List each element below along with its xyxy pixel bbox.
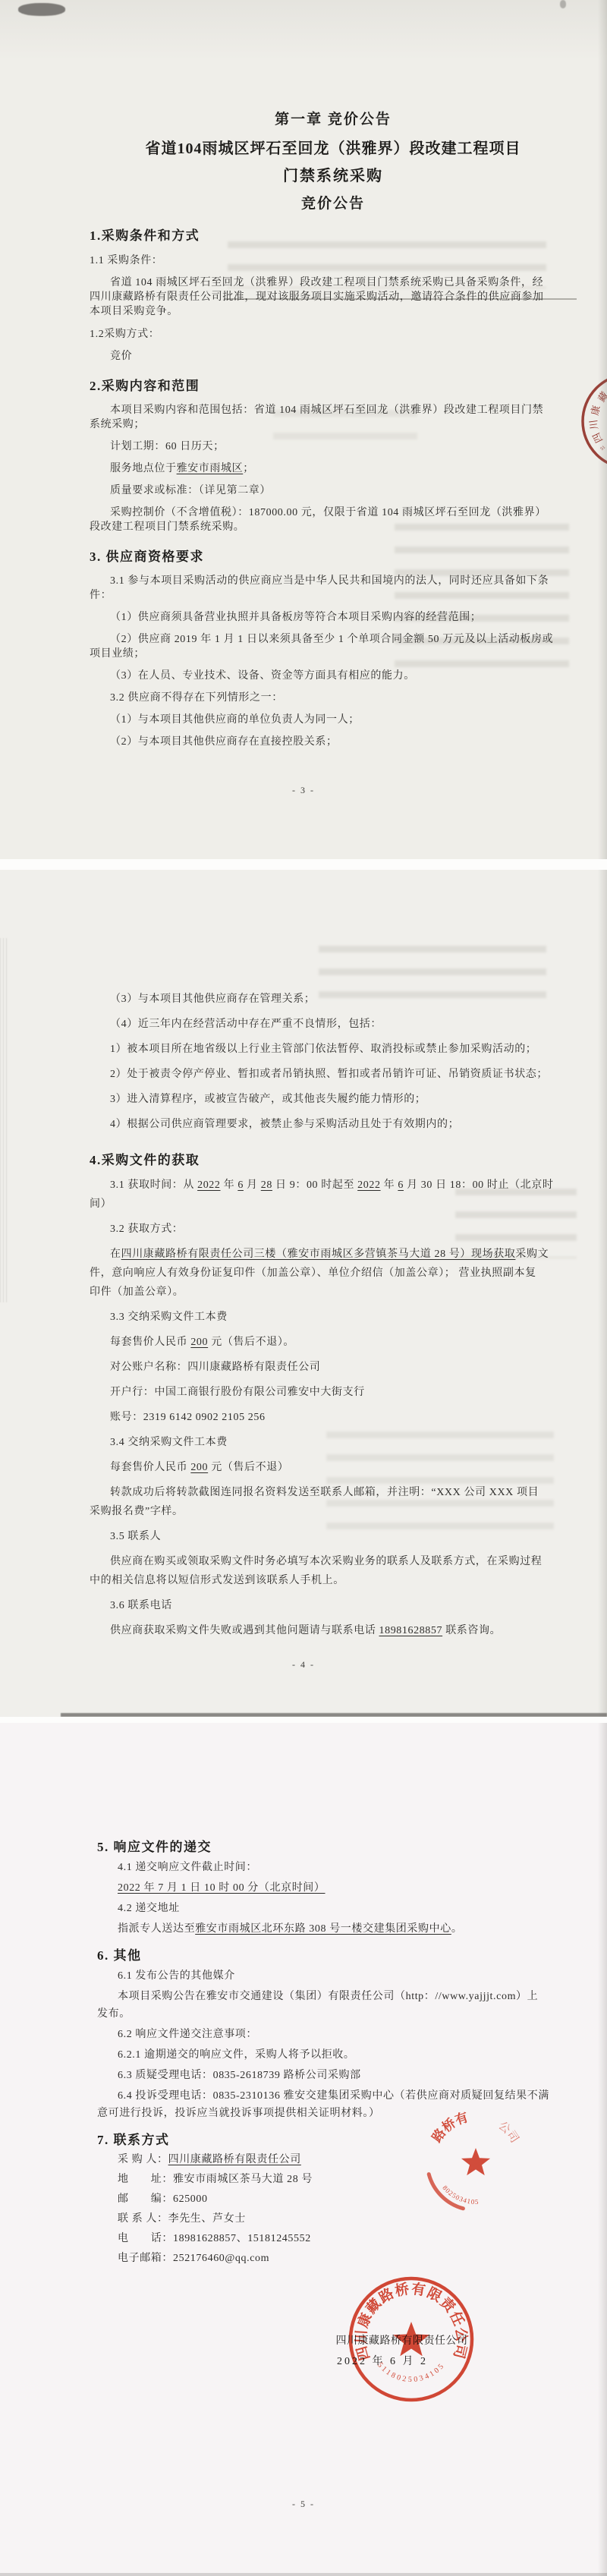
text-line: 转款成功后将转款截图连同报名资料发送至联系人邮箱，并注明：“XXX 公司 XXX… [90,1483,577,1502]
text-line: 电子邮箱：252176460@qq.com [97,2250,571,2267]
text-line: 竞价 [90,349,577,364]
text-line: 件： [90,588,577,603]
page-1-content: 第一章 竞价公告省道104雨城区坪石至回龙（洪雅界）段改建工程项目门禁系统采购竞… [90,111,577,749]
document-page-1: 第一章 竞价公告省道104雨城区坪石至回龙（洪雅界）段改建工程项目门禁系统采购竞… [0,0,607,859]
text-line: 3）进入清算程序，或被宣告破产，或其他丧失履约能力情形的； [90,1090,577,1109]
text-run: 3. 供应商资格要求 [90,550,204,564]
svg-text:四川康藏路桥有限责任公司: 四川康藏路桥有限责任公司 [354,2281,470,2363]
text-line: 7. 联系方式 [97,2131,571,2149]
underlined-text-run: 2022 [197,1179,220,1191]
underlined-text-run: 200 [190,1337,208,1348]
page-number: - 4 - [0,1659,607,1671]
text-run: 3.2 获取方式： [110,1223,183,1235]
text-line: 开户行：中国工商银行股份有限公司雅安中大街支行 [90,1383,577,1402]
text-line: 4.1 递交响应文件截止时间： [97,1859,571,1876]
signature-company: 四川康藏路桥有限责任公司 [332,2332,472,2348]
text-run: 系统采购； [90,419,145,430]
text-run: 3.5 联系人 [110,1531,161,1542]
text-run: 地 址：雅安市雨城区茶马大道 28 号 [118,2174,313,2185]
text-run: 间） [90,1198,112,1210]
text-run: 电 话：18981628857、15181245552 [118,2233,311,2244]
scanned-document: 第一章 竞价公告省道104雨城区坪石至回龙（洪雅界）段改建工程项目门禁系统采购竞… [0,0,607,2576]
text-run: 4.采购文件的获取 [90,1153,200,1167]
scan-edge-artifact [0,2573,607,2576]
text-line: 件，意向响应人有效身份证复印件（加盖公章）、单位介绍信（加盖公章）； 营业执照副… [90,1264,577,1283]
paper-crease-artifact [0,938,7,1302]
text-line: 竞价公告 [90,195,577,213]
text-run: 2）处于被责令停产停业、暂扣或者吊销执照、暂扣或者吊销许可证、吊销资质证书状态； [110,1069,548,1080]
text-line: 本项目采购公告在雅安市交通建设（集团）有限责任公司（http：//www.yaj… [97,1988,571,2005]
text-run: 3）进入清算程序，或被宣告破产，或其他丧失履约能力情形的； [110,1094,426,1105]
text-run: 印件（加盖公章）。 [90,1286,184,1298]
text-run: 电子邮箱：252176460@qq.com [118,2253,269,2264]
text-line: 1.1 采购条件： [90,254,577,268]
underlined-text-run: 雅安市雨城区 [177,463,244,474]
scan-edge-artifact [61,1713,607,1717]
text-run: 四川康藏路桥有限责任公司批准，现对该服务项目实施采购活动，邀请符合条件的供应商参… [90,291,544,303]
text-run: 中的相关信息将以短信形式发送到该联系人手机上。 [90,1575,344,1586]
underlined-text-run: 四川康藏路桥有限责任公司 [168,2154,301,2165]
text-run: 1.1 采购条件： [90,255,162,266]
text-line: 3.4 交纳采购文件工本费 [90,1433,577,1452]
text-line: 省道104雨城区坪石至回龙（洪雅界）段改建工程项目 [90,139,577,159]
text-line: 系统采购； [90,417,577,432]
underlined-text-run: 6 [398,1179,404,1191]
underlined-text-run: 18981628857 [379,1625,443,1636]
text-run: 6.2 响应文件递交注意事项： [118,2029,257,2040]
scan-shading [0,0,607,61]
text-run: 7. 联系方式 [97,2133,170,2147]
text-line: 采购报名费”字样。 [90,1502,577,1521]
text-line: （4）近三年内在经营活动中存在严重不良情形，包括： [90,1015,577,1034]
text-line: 服务地点位于雅安市雨城区； [90,461,577,476]
text-run: 开户行：中国工商银行股份有限公司雅安中大街支行 [110,1387,365,1398]
text-run: 对公账户名称：四川康藏路桥有限责任公司 [110,1362,320,1373]
document-page-3: 5. 响应文件的递交4.1 递交响应文件截止时间：2022 年 7 月 1 日 … [0,1723,607,2576]
underlined-text-run: 28 [261,1179,272,1191]
text-run: 计划工期：60 日历天； [110,441,225,452]
text-line: 1.采购条件和方式 [90,227,577,245]
text-run: 。 [451,1923,463,1935]
text-line: 省道 104 雨城区坪石至回龙（洪雅界）段改建工程项目门禁系统采购已具备采购条件… [90,276,577,290]
text-line: 邮 编：625000 [97,2190,571,2208]
text-line: （2）供应商 2019 年 1 月 1 日以来须具备至少 1 个单项合同金额 5… [90,632,577,647]
text-run: 供应商在购买或领取采购文件时务必填写本次采购业务的联系人及联系方式，在采购过程 [110,1556,542,1567]
text-line: 中的相关信息将以短信形式发送到该联系人手机上。 [90,1571,577,1590]
text-line: 质量要求或标准：（详见第二章） [90,483,577,498]
underlined-text-run: 200 [190,1462,208,1473]
text-run: 采购报名费”字样。 [90,1506,184,1517]
seal-ring [583,376,607,467]
text-line: 联 系 人：李先生、芦女士 [97,2210,571,2228]
underlined-text-run: 2022 [357,1179,380,1191]
text-run: 联 系 人：李先生、芦女士 [118,2213,246,2225]
text-run: 门禁系统采购 [283,168,383,184]
text-line: 印件（加盖公章）。 [90,1283,577,1302]
text-line: 采购控制价（不含增值税）：187000.00 元，仅限于省道 104 雨城区坪石… [90,505,577,520]
text-run: ； [243,463,254,474]
text-run: 指派专人送达至 [118,1923,195,1935]
page-number: - 5 - [0,2499,607,2510]
seal-digits: 51 [600,445,606,451]
text-line: 4.采购文件的获取 [90,1151,577,1170]
text-line: 6. 其他 [97,1947,571,1964]
text-run: 省道104雨城区坪石至回龙（洪雅界）段改建工程项目 [146,140,521,157]
text-run: 6.1 发布公告的其他媒介 [118,1970,235,1982]
text-run: 4.1 递交响应文件截止时间： [118,1862,257,1873]
text-run: 3.1 获取时间：从 [110,1179,197,1191]
page-3-content: 5. 响应文件的递交4.1 递交响应文件截止时间：2022 年 7 月 1 日 … [97,1829,571,2267]
text-run: 3.1 参与本项目采购活动的供应商应当是中华人民共和国境内的法人，同时还应具备如… [110,575,549,587]
text-run: （1）供应商须具备营业执照并具备板房等符合本项目采购内容的经营范围； [110,612,481,623]
text-run: 服务地点位于 [110,463,177,474]
text-line: （2）与本项目其他供应商存在直接控股关系； [90,735,577,749]
text-run: 4.2 递交地址 [118,1903,180,1914]
text-run: 3.6 联系电话 [110,1600,172,1611]
text-run: 在 [110,1249,121,1260]
text-line: 计划工期：60 日历天； [90,439,577,454]
text-run: 5. 响应文件的递交 [97,1840,212,1854]
text-line: 3.2 获取方式： [90,1220,577,1239]
text-run: 账号：2319 6142 0902 2105 256 [110,1412,266,1423]
scan-artifact [18,3,65,16]
text-line: 电 话：18981628857、15181245552 [97,2230,571,2247]
seal-char: 康 [589,405,602,417]
text-run: 每套售价人民币 [110,1462,190,1473]
text-line: 本项目采购内容和范围包括：省道 104 雨城区坪石至回龙（洪雅界）段改建工程项目… [90,403,577,417]
underlined-text-run: 6 [237,1179,244,1191]
scan-shading [598,0,607,859]
text-run: 项目业绩； [90,648,145,660]
text-line: 3.3 交纳采购文件工本费 [90,1308,577,1327]
text-line: 1.2采购方式： [90,327,577,342]
text-line: 本项目采购竞争。 [90,304,577,319]
text-run: 3.3 交纳采购文件工本费 [110,1312,228,1323]
text-line: 四川康藏路桥有限责任公司批准，现对该服务项目实施采购活动，邀请符合条件的供应商参… [90,290,577,304]
text-line: 意可进行投诉，投诉应当就投诉事项提供相关证明材料。） [97,2105,571,2122]
text-line: 3.5 联系人 [90,1527,577,1546]
text-line: 6.2 响应文件递交注意事项： [97,2026,571,2043]
text-run: 采购控制价（不含增值税）：187000.00 元，仅限于省道 104 雨城区坪石… [110,507,546,518]
underlined-text-run: 雅安市雨城区北环东路 308 号一楼交建集团采购中心 [195,1923,451,1935]
scan-shading [598,1723,607,2576]
seal-char: 藏 [596,389,607,404]
seal-char: 川 [587,419,600,430]
text-line: 在四川康藏路桥有限责任公司三楼（雅安市雨城区多营镇茶马大道 28 号）现场获取采… [90,1245,577,1264]
text-run: 邮 编：625000 [118,2193,208,2205]
page-2-content: （3）与本项目其他供应商存在管理关系；（4）近三年内在经营活动中存在严重不良情形… [90,984,577,1640]
text-line: 段改建工程项目门禁系统采购。 [90,520,577,534]
text-run: 月 30 日 18：00 时止（北京时 [404,1179,554,1191]
text-run: 件： [90,590,112,601]
page-number: - 3 - [0,785,607,796]
text-run: 年 [221,1179,238,1191]
text-line: 间） [90,1195,577,1214]
text-run: 件，意向响应人有效身份证复印件（加盖公章）、单位介绍信（加盖公章）； 营业执照副… [90,1268,536,1279]
text-run: 质量要求或标准：（详见第二章） [110,485,271,496]
text-run: 每套售价人民币 [110,1337,190,1348]
text-line: 5. 响应文件的递交 [97,1838,571,1856]
text-run: 1）被本项目所在地省级以上行业主管部门依法暂停、取消投标或禁止参加采购活动的； [110,1044,536,1055]
text-run: 2.采购内容和范围 [90,379,200,393]
text-line: 6.4 投诉受理电话：0835-2310136 雅安交建集团采购中心（若供应商对… [97,2087,571,2105]
text-line: 3. 供应商资格要求 [90,548,577,566]
text-line: 2）处于被责令停产停业、暂扣或者吊销执照、暂扣或者吊销许可证、吊销资质证书状态； [90,1065,577,1084]
seal-char: 四 [590,431,605,445]
text-line: 6.3 质疑受理电话：0835-2618739 路桥公司采购部 [97,2067,571,2084]
text-run: 本项目采购内容和范围包括：省道 104 雨城区坪石至回龙（洪雅界）段改建工程项目… [110,405,543,416]
text-run: 本项目采购竞争。 [90,306,178,317]
text-line: 2022 年 7 月 1 日 10 时 00 分（北京时间） [97,1879,571,1897]
underlined-text-run: 2022 年 7 月 1 日 10 时 00 分（北京时间） [118,1882,326,1894]
text-run: 月 [244,1179,261,1191]
text-line: 2.采购内容和范围 [90,377,577,395]
text-run: 元（售后不退）。 [208,1337,294,1348]
underlined-text-run: 四川康藏路桥有限责任公司三楼（雅安市雨城区多营镇茶马大道 28 号）现场获取 [121,1249,516,1260]
text-run: 1.2采购方式： [90,329,159,340]
text-run: 第一章 竞价公告 [275,112,392,128]
text-line: 地 址：雅安市雨城区茶马大道 28 号 [97,2171,571,2188]
text-line: 3.6 联系电话 [90,1596,577,1615]
text-run: 联系咨询。 [442,1625,501,1636]
text-line: （3）在人员、专业技术、设备、资金等方面具有相应的能力。 [90,669,577,683]
text-line: 6.1 发布公告的其他媒介 [97,1967,571,1985]
text-run: 本项目采购公告在雅安市交通建设（集团）有限责任公司（http：//www.yaj… [118,1991,538,2002]
text-run: 段改建工程项目门禁系统采购。 [90,521,244,533]
text-line: 1）被本项目所在地省级以上行业主管部门依法暂停、取消投标或禁止参加采购活动的； [90,1040,577,1059]
text-run: 采 购 人： [118,2154,168,2165]
text-run: 省道 104 雨城区坪石至回龙（洪雅界）段改建工程项目门禁系统采购已具备采购条件… [110,277,543,288]
seal-ring-text: 四川康藏路桥有限责任公司 [354,2281,470,2363]
text-line: 4.2 递交地址 [97,1900,571,1917]
text-run: 竞价公告 [301,196,365,212]
text-run: 3.2 供应商不得存在下列情形之一： [110,692,283,704]
scan-shading [598,870,607,1717]
text-run: 元（售后不退） [208,1462,288,1473]
text-run: 竞价 [110,351,132,362]
text-run: 6. 其他 [97,1948,142,1963]
text-run: （1）与本项目其他供应商的单位负责人为同一人； [110,714,360,726]
text-line: 对公账户名称：四川康藏路桥有限责任公司 [90,1358,577,1377]
document-page-2: （3）与本项目其他供应商存在管理关系；（4）近三年内在经营活动中存在严重不良情形… [0,870,607,1717]
text-run: （2）供应商 2019 年 1 月 1 日以来须具备至少 1 个单项合同金额 5… [110,634,553,645]
text-line: 3.1 获取时间：从 2022 年 6 月 28 日 9：00 时起至 2022… [90,1176,577,1195]
text-run: 6.2.1 逾期递交的响应文件，采购人将予以拒收。 [118,2049,355,2061]
text-run: 4）根据公司供应商管理要求，被禁止参与采购活动且处于有效期内的； [110,1119,459,1130]
text-run: 年 [381,1179,398,1191]
text-run: 采购文 [515,1249,549,1260]
text-run: 1.采购条件和方式 [90,228,200,243]
text-line: 门禁系统采购 [90,166,577,186]
text-line: 指派专人送达至雅安市雨城区北环东路 308 号一楼交建集团采购中心。 [97,1920,571,1938]
text-run: 日 9：00 时起至 [272,1179,357,1191]
text-run: 供应商获取采购文件失败或遇到其他问题请与联系电话 [110,1625,379,1636]
text-run: 6.4 投诉受理电话：0835-2310136 雅安交建集团采购中心（若供应商对… [118,2090,549,2102]
text-line: 发布。 [97,2005,571,2023]
text-line: 每套售价人民币 200 元（售后不退） [90,1458,577,1477]
text-line: （3）与本项目其他供应商存在管理关系； [90,990,577,1009]
text-run: 转款成功后将转款截图连同报名资料发送至联系人邮箱，并注明：“XXX 公司 XXX… [110,1487,539,1498]
text-line: 3.2 供应商不得存在下列情形之一： [90,691,577,705]
text-run: （3）在人员、专业技术、设备、资金等方面具有相应的能力。 [110,670,415,682]
text-line: 每套售价人民币 200 元（售后不退）。 [90,1333,577,1352]
text-run: 6.3 质疑受理电话：0835-2618739 路桥公司采购部 [118,2070,361,2081]
text-line: 供应商获取采购文件失败或遇到其他问题请与联系电话 18981628857 联系咨… [90,1621,577,1640]
text-line: 6.2.1 逾期递交的响应文件，采购人将予以拒收。 [97,2046,571,2064]
text-line: （1）与本项目其他供应商的单位负责人为同一人； [90,713,577,727]
text-line: 账号：2319 6142 0902 2105 256 [90,1408,577,1427]
scan-artifact [560,0,566,8]
text-run: 3.4 交纳采购文件工本费 [110,1437,228,1448]
text-line: 第一章 竞价公告 [90,111,577,129]
text-line: （1）供应商须具备营业执照并具备板房等符合本项目采购内容的经营范围； [90,610,577,625]
text-line: 4）根据公司供应商管理要求，被禁止参与采购活动且处于有效期内的； [90,1115,577,1134]
text-run: （3）与本项目其他供应商存在管理关系； [110,994,315,1005]
text-line: 项目业绩； [90,647,577,661]
text-line: 供应商在购买或领取采购文件时务必填写本次采购业务的联系人及联系方式，在采购过程 [90,1552,577,1571]
text-run: 意可进行投诉，投诉应当就投诉事项提供相关证明材料。） [97,2108,380,2119]
company-seal-stamp: 四川康藏路桥有限责任公司 5118025034105 [334,2269,493,2429]
text-line: 3.1 参与本项目采购活动的供应商应当是中华人民共和国境内的法人，同时还应具备如… [90,574,577,588]
text-line: 采 购 人：四川康藏路桥有限责任公司 [97,2151,571,2168]
text-run: （2）与本项目其他供应商存在直接控股关系； [110,736,338,748]
text-run: （4）近三年内在经营活动中存在严重不良情形，包括： [110,1019,382,1030]
text-run: 发布。 [97,2008,131,2020]
signature-date: 2022 年 6 月 2 [314,2353,451,2368]
